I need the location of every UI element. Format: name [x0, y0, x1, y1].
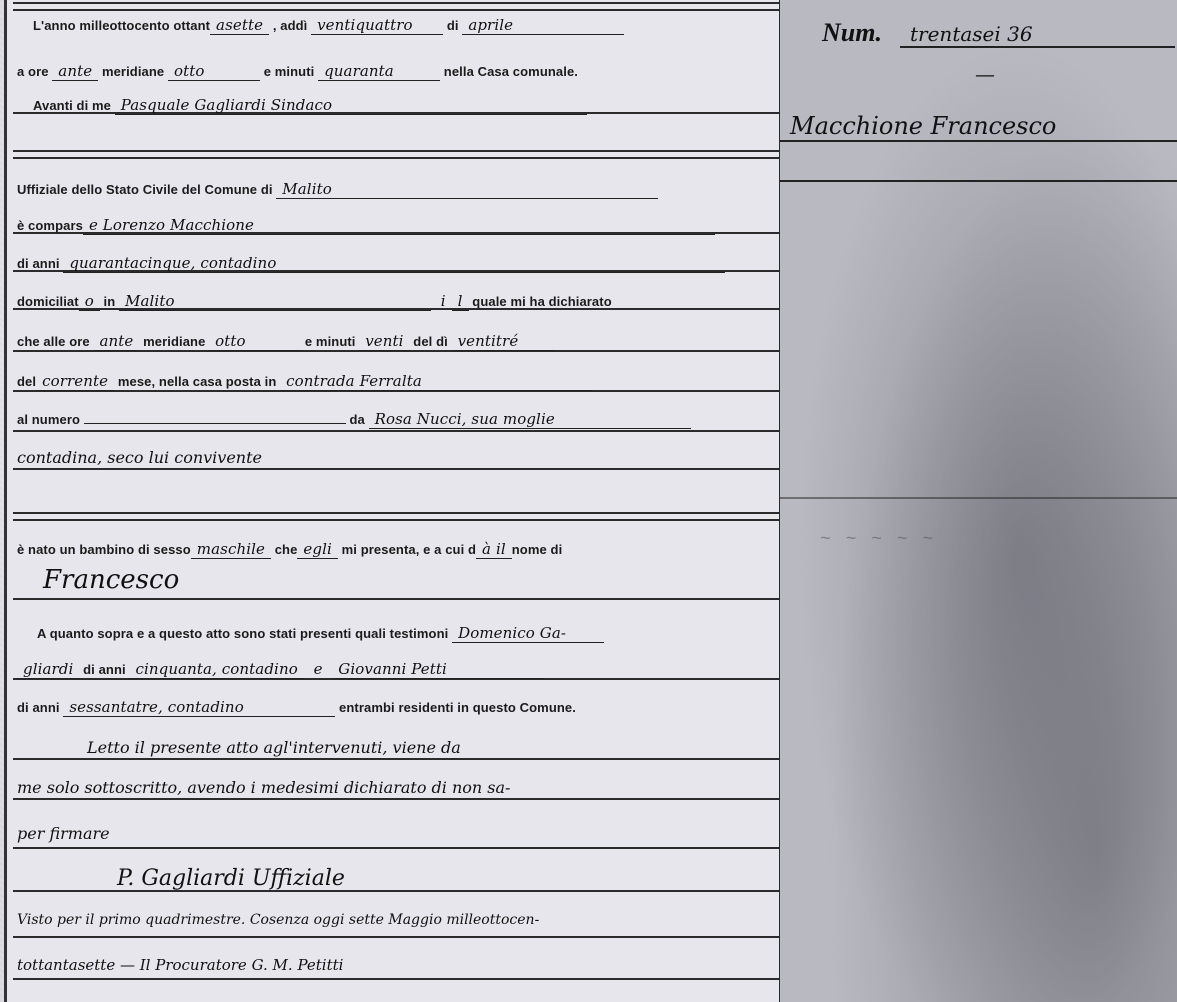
handwritten-address: contrada Ferralta: [280, 372, 592, 391]
printed-text: di anni: [17, 700, 60, 715]
divider: [13, 468, 779, 470]
printed-text: è compars: [17, 218, 83, 233]
record-line-declarant: è comparse Lorenzo Macchione: [17, 216, 715, 235]
printed-text: entrambi residenti in questo Comune.: [339, 700, 576, 715]
printed-text: che alle ore: [17, 334, 90, 349]
handwritten-house-number: [84, 423, 346, 424]
record-line-witness-2-age: di anni sessantatre, contadino entrambi …: [17, 698, 576, 717]
handwritten-witness-2-age: sessantatre, contadino: [63, 698, 335, 717]
margin-panel: [780, 0, 1177, 1002]
record-line-mother: al numero da Rosa Nucci, sua moglie: [17, 410, 691, 429]
child-name: Francesco: [43, 565, 179, 595]
record-number-value: trentasei 36: [900, 22, 1175, 48]
document-scan: L'anno milleottocento ottantasette , add…: [0, 0, 1177, 1002]
record-line-date: L'anno milleottocento ottantasette , add…: [33, 16, 624, 35]
printed-text: meridiane: [102, 64, 164, 79]
divider: [13, 847, 779, 849]
printed-text: e minuti: [305, 334, 356, 349]
handwritten-day: ventiquattro: [311, 16, 443, 35]
handwritten-declarant-name: e Lorenzo Macchione: [83, 216, 715, 235]
handwritten-text: corrente: [36, 372, 114, 391]
divider: [13, 936, 779, 938]
printed-text: del: [17, 374, 36, 389]
printed-text: in: [104, 294, 116, 309]
divider: [13, 978, 779, 980]
handwritten-text: e: [308, 660, 329, 678]
divider: [780, 180, 1177, 182]
record-line-time: a ore ante meridiane otto e minuti quara…: [17, 62, 578, 81]
printed-text: meridiane: [143, 334, 205, 349]
printed-text: , addì: [273, 18, 308, 33]
handwritten-hour: otto: [168, 62, 260, 81]
record-line-mother-occupation: contadina, seco lui convivente: [17, 448, 262, 467]
divider: [13, 512, 779, 521]
printed-text: è nato un bambino di sesso: [17, 542, 191, 557]
handwritten-witness-1: Domenico Ga-: [452, 624, 604, 643]
record-line-domicile: domiciliato in Malito il quale mi ha dic…: [17, 292, 612, 311]
printed-text: da: [349, 412, 364, 427]
handwritten-text: gliardi: [17, 660, 79, 679]
printed-text: domiciliat: [17, 294, 79, 309]
closing-line: me solo sottoscritto, avendo i medesimi …: [17, 778, 510, 797]
handwritten-officer-name: Pasquale Gagliardi Sindaco: [115, 96, 587, 115]
faded-stamp: ~ ~ ~ ~ ~: [820, 530, 935, 550]
officer-signature: P. Gagliardi Uffiziale: [117, 866, 345, 891]
handwritten-month: aprile: [462, 16, 624, 35]
record-line-witness-details: gliardi di anni cinquanta, contadino e G…: [17, 660, 544, 679]
handwritten-minutes: quaranta: [318, 62, 440, 81]
printed-text: a ore: [17, 64, 49, 79]
handwritten-witness-2: Giovanni Petti: [332, 660, 544, 679]
handwritten-comune: Malito: [276, 180, 658, 199]
closing-line: per firmare: [17, 824, 110, 843]
printed-text: al numero: [17, 412, 80, 427]
divider: [780, 140, 1177, 142]
handwritten-witness-1-age: cinquanta, contadino: [129, 660, 303, 679]
handwritten-mother-name: Rosa Nucci, sua moglie: [369, 410, 691, 429]
divider: [13, 758, 779, 760]
printed-text: e minuti: [264, 64, 315, 79]
handwritten-text: l: [452, 292, 469, 311]
handwritten-text: ante: [52, 62, 98, 81]
divider: [780, 497, 1177, 499]
printed-text: mi presenta, e a cui d: [342, 542, 476, 557]
printed-text: Avanti di me: [33, 98, 111, 113]
divider: [13, 598, 779, 600]
record-line-birth-time: che alle ore ante meridiane otto e minut…: [17, 332, 554, 351]
record-line-comune: Uffiziale dello Stato Civile del Comune …: [17, 180, 658, 199]
handwritten-age-occupation: quarantacinque, contadino: [63, 254, 725, 273]
record-line-witnesses: A quanto sopra e a questo atto sono stat…: [37, 624, 604, 643]
divider: [13, 430, 779, 432]
printed-text: Uffiziale dello Stato Civile del Comune …: [17, 182, 273, 197]
handwritten-sex: maschile: [191, 540, 271, 559]
handwritten-year: asette: [210, 16, 269, 35]
handwritten-domicile: Malito: [119, 292, 431, 311]
record-line-age: di anni quarantacinque, contadino: [17, 254, 725, 273]
record-line-house: delcorrente mese, nella casa posta in co…: [17, 372, 592, 391]
procurator-signature: tottantasette — Il Procuratore G. M. Pet…: [17, 956, 343, 974]
record-number-label: Num.: [822, 18, 882, 48]
record-line-child-sex: è nato un bambino di sessomaschile cheeg…: [17, 540, 562, 559]
handwritten-minutes: venti: [359, 332, 409, 351]
printed-text: L'anno milleottocento ottant: [33, 18, 210, 33]
handwritten-text: o: [79, 292, 100, 311]
handwritten-text: egli: [297, 540, 337, 559]
divider: [13, 2, 779, 11]
printed-text: mese, nella casa posta in: [118, 374, 277, 389]
handwritten-text: i: [435, 292, 452, 310]
handwritten-hour: otto: [209, 332, 301, 351]
record-line-officer: Avanti di me Pasquale Gagliardi Sindaco: [33, 96, 587, 115]
printed-text: nome di: [512, 542, 563, 557]
handwritten-text: à il: [476, 540, 512, 559]
divider: [13, 798, 779, 800]
printed-text: di: [447, 18, 459, 33]
printed-text: che: [275, 542, 298, 557]
handwritten-text: ante: [93, 332, 139, 351]
handwritten-day: ventitré: [452, 332, 554, 351]
register-entry-panel: L'anno milleottocento ottantasette , add…: [4, 0, 782, 1002]
printed-text: nella Casa comunale.: [444, 64, 578, 79]
divider: [13, 150, 779, 159]
printed-text: A quanto sopra e a questo atto sono stat…: [37, 626, 448, 641]
closing-line: Letto il presente atto agl'intervenuti, …: [87, 738, 461, 757]
printed-text: del dì: [413, 334, 448, 349]
record-number-sub: —: [975, 62, 995, 86]
printed-text: quale mi ha dichiarato: [472, 294, 611, 309]
closing-line: Visto per il primo quadrimestre. Cosenza…: [17, 912, 539, 928]
printed-text: di anni: [17, 256, 60, 271]
margin-subject-name: Macchione Francesco: [790, 112, 1056, 140]
printed-text: di anni: [83, 662, 126, 677]
